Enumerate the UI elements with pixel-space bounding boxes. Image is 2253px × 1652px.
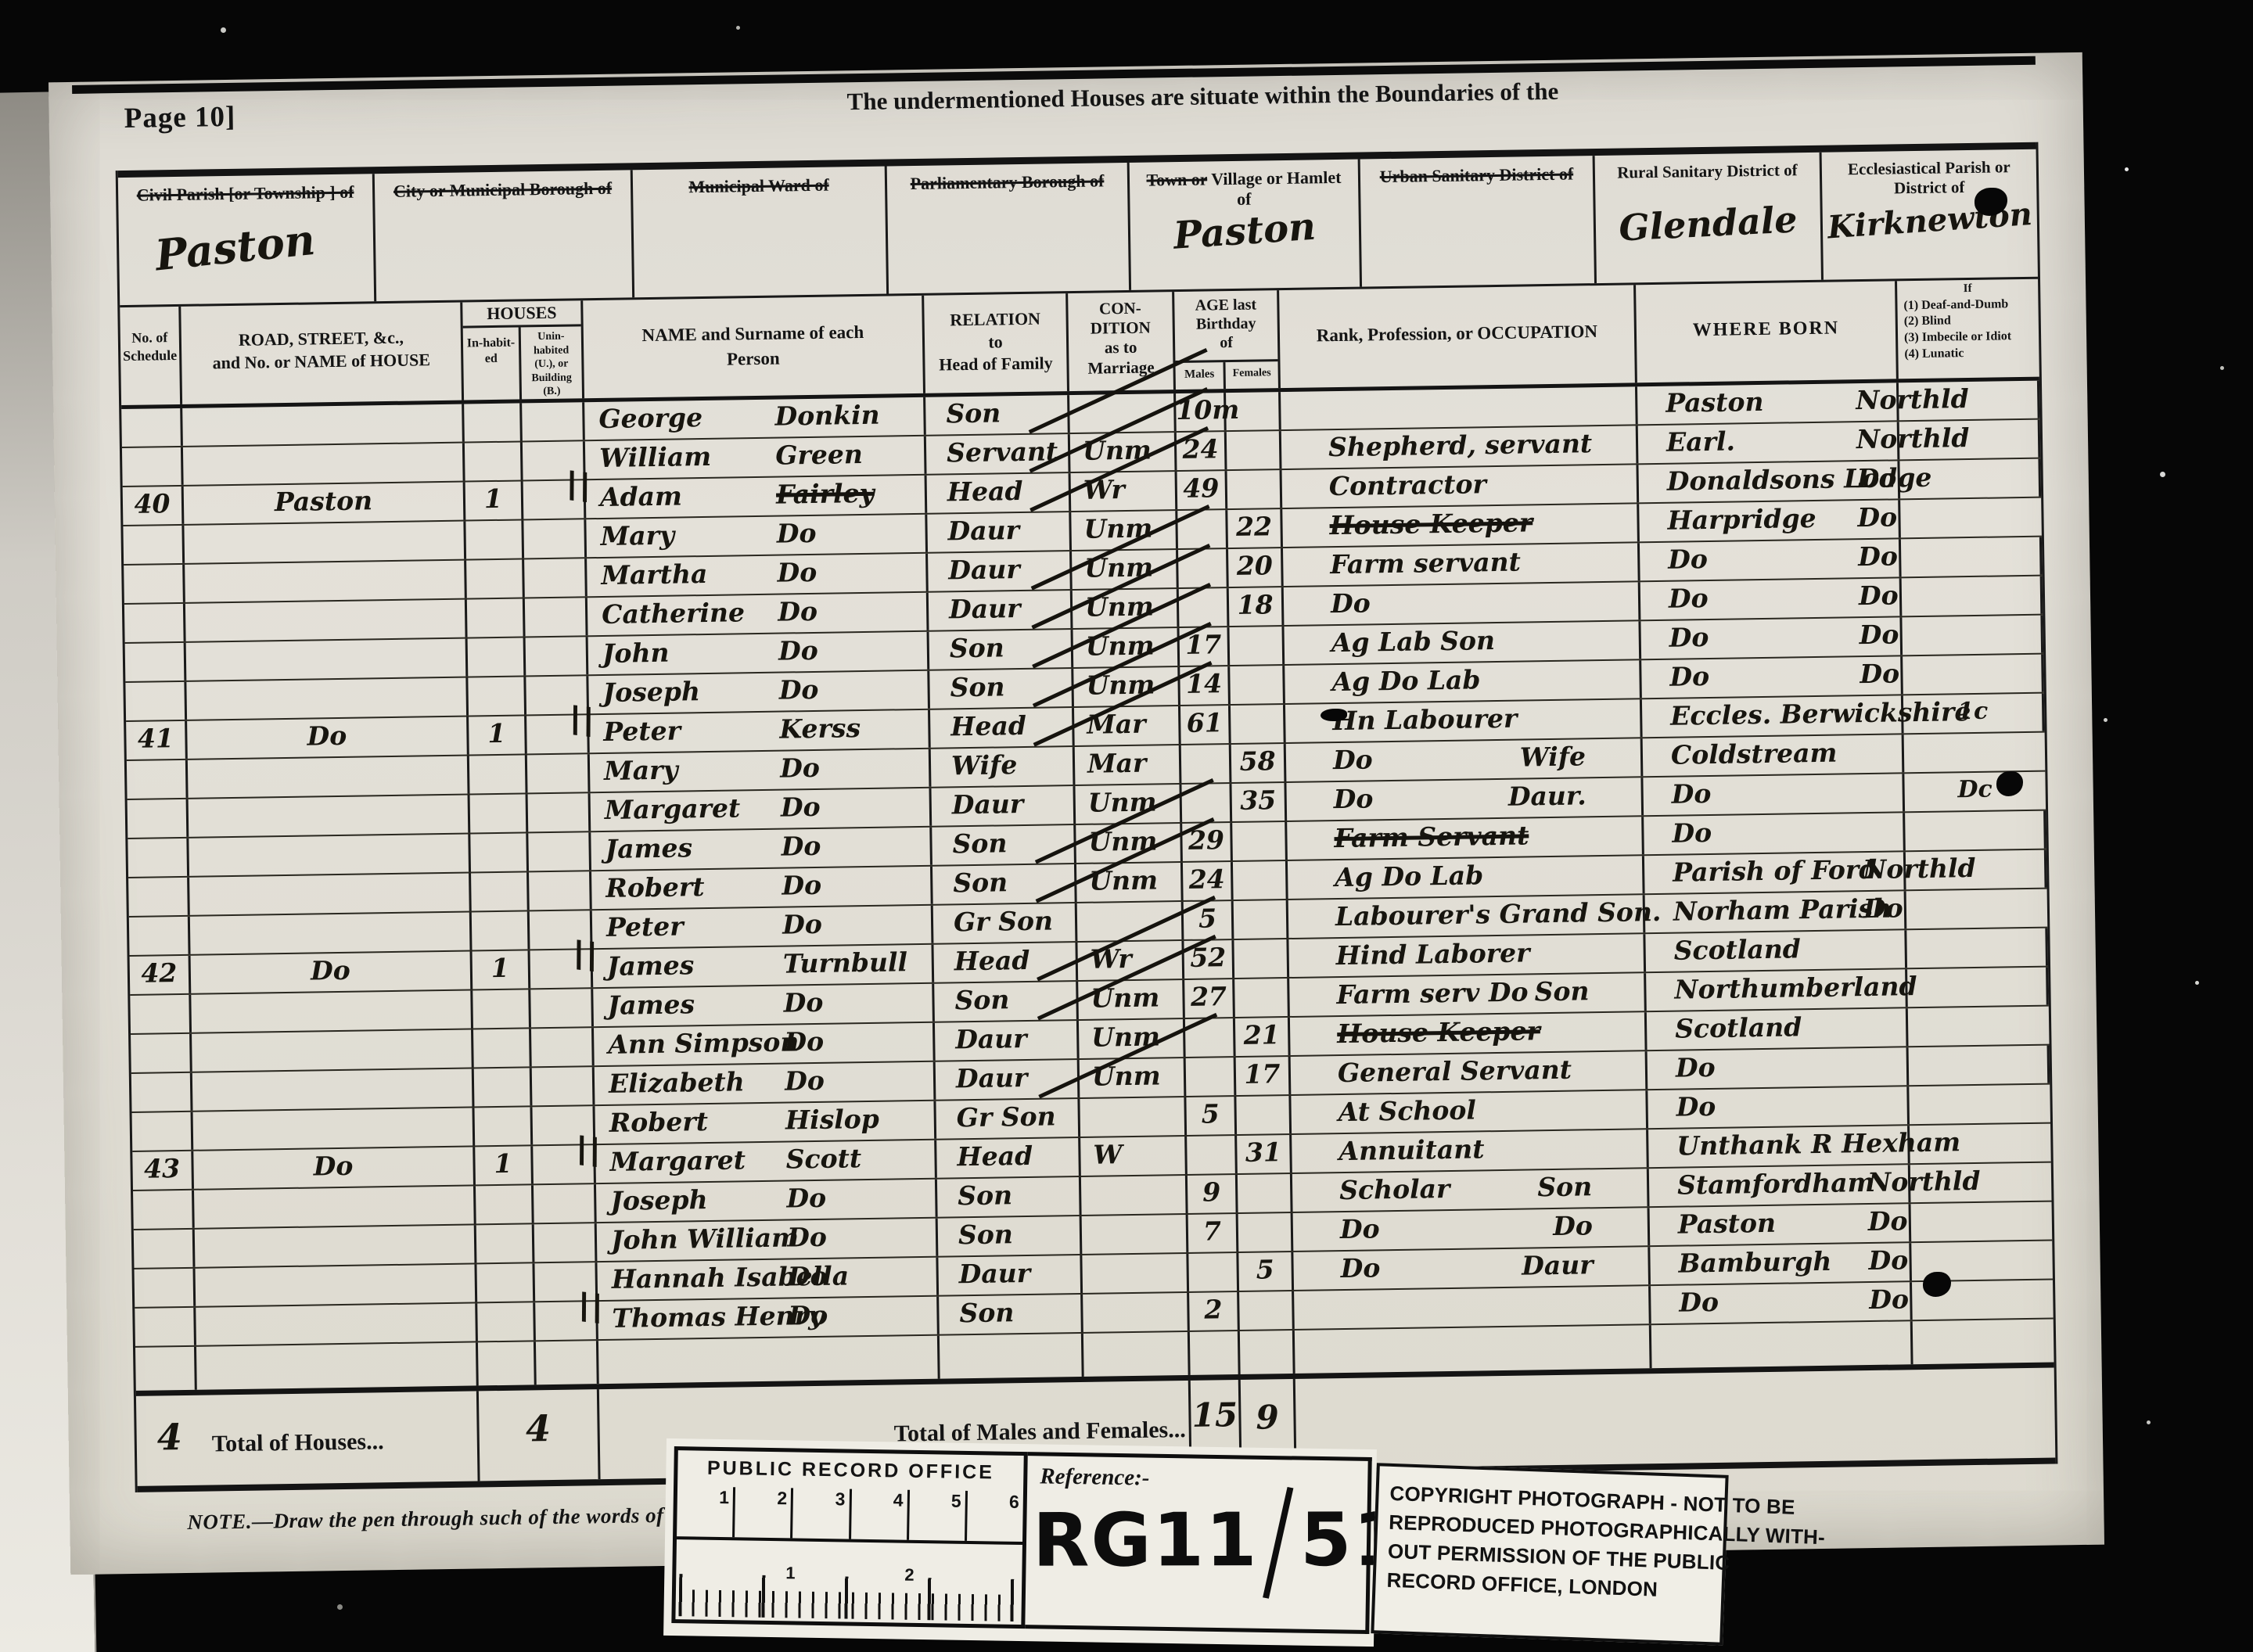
handwritten-parliamentary-borough xyxy=(888,211,1128,215)
birth-county-ditto xyxy=(1863,931,1890,957)
occupation-text: Contractor xyxy=(1329,467,1487,507)
first-name: John William xyxy=(611,1221,788,1261)
occupation-extra xyxy=(1585,700,1586,738)
disability-cell xyxy=(1911,1202,2053,1242)
name-cell: \\ Margaret Scott xyxy=(595,1140,937,1183)
header-text: of xyxy=(1175,332,1277,353)
occupation-cell: Do xyxy=(1284,582,1641,625)
birth-county-ditto: Do xyxy=(1859,618,1885,644)
field-rural-sanitary: Rural Sanitary District of Glendale xyxy=(1595,153,1824,283)
condition-cell: Wr xyxy=(1077,941,1184,980)
inhabited-cell xyxy=(472,911,530,950)
age-male-cell xyxy=(1181,784,1232,822)
reference-label: Reference:- xyxy=(1040,1463,1367,1495)
occupation-text: Annuitant xyxy=(1339,1132,1485,1172)
surname: Do xyxy=(778,673,818,711)
first-name: Margaret xyxy=(609,1143,786,1183)
total-houses-label: Total of Houses... xyxy=(212,1428,384,1457)
where-born-cell: Donaldsons Lodge Do xyxy=(1638,461,1900,502)
name-cell: James Do xyxy=(591,828,932,870)
header-text: No. of xyxy=(120,329,179,348)
first-name: William xyxy=(599,439,776,479)
handwritten-urban-sanitary xyxy=(1361,204,1594,207)
age-female-cell xyxy=(1231,705,1286,743)
disability-cell: Dc xyxy=(1904,772,2046,812)
struck-label-text: Parliamentary Borough of xyxy=(910,171,1104,193)
header-text: Birthday xyxy=(1175,314,1277,334)
disability-cell xyxy=(1902,616,2043,655)
inhabited-cell xyxy=(471,872,530,910)
birth-county-ditto: Do xyxy=(1868,1205,1895,1230)
census-photograph: Page 10] The undermentioned Houses are s… xyxy=(0,0,2253,1652)
age-female-cell xyxy=(1226,392,1281,430)
road-cell xyxy=(186,639,469,681)
occupation-extra xyxy=(1594,1287,1594,1324)
birthplace-text: Do xyxy=(1676,1090,1709,1119)
age-female-cell: 22 xyxy=(1227,509,1283,548)
surname: Turnbull xyxy=(783,945,908,984)
field-label: Civil Parish [or Township ] of xyxy=(118,180,372,207)
page-title: The undermentioned Houses are situate wi… xyxy=(792,77,1613,117)
birth-county-ditto: Do xyxy=(1860,657,1886,683)
age-male-cell: 27 xyxy=(1184,979,1235,1018)
birthplace-text: Earl. xyxy=(1666,425,1700,454)
occupation-cell: Do Daur. xyxy=(1286,778,1644,821)
header-occupation: Rank, Profession, or OCCUPATION xyxy=(1279,285,1637,388)
occupation-cell xyxy=(1294,1286,1651,1329)
birth-county-ditto xyxy=(1867,1126,1893,1152)
label-text: Rural Sanitary District of xyxy=(1617,160,1798,181)
age-male-cell xyxy=(1181,745,1232,783)
occupation-text: Ag Do Lab xyxy=(1335,858,1484,898)
where-born-cell: Scotland xyxy=(1647,1008,1909,1050)
age-female-cell xyxy=(1234,979,1290,1017)
occupation-cell: General Servant xyxy=(1291,1051,1648,1094)
where-born-cell: Parish of Ford Northld xyxy=(1644,852,1906,893)
disability-cell xyxy=(1899,381,2040,421)
relation-cell: Daur xyxy=(927,512,1072,552)
occupation-cell: Do Daur xyxy=(1293,1247,1651,1290)
occupation-extra xyxy=(1580,387,1581,425)
schedule-number-cell xyxy=(125,643,187,681)
name-cell: Robert Hislop xyxy=(595,1101,936,1144)
relation-cell: Daur xyxy=(936,1060,1080,1100)
name-cell: Hannah Isabella Do xyxy=(597,1258,939,1300)
header-females: Females xyxy=(1225,361,1277,389)
disability-cell xyxy=(1900,498,2042,538)
ink-blob xyxy=(1321,709,1347,721)
road-cell xyxy=(189,873,472,914)
header-text: and No. or NAME of HOUSE xyxy=(181,348,461,375)
occupation-extra: Daur xyxy=(1522,1248,1594,1286)
occupation-text: Farm Servant xyxy=(1334,818,1529,859)
surname: Do xyxy=(782,907,822,946)
occupation-extra xyxy=(1586,817,1587,855)
birth-county-ditto: Northld xyxy=(1856,422,1883,448)
label-text: Village or Hamlet of xyxy=(1207,167,1342,209)
where-born-cell: Do xyxy=(1644,813,1906,854)
empty-cell xyxy=(196,1342,479,1389)
header-text: as to xyxy=(1069,337,1173,358)
age-female-cell xyxy=(1233,861,1288,900)
relation-cell: Gr Son xyxy=(936,1099,1080,1139)
occupation-cell: Farm Servant xyxy=(1287,817,1644,860)
age-female-cell xyxy=(1230,666,1285,704)
header-text: (4) Lunatic xyxy=(1904,345,2032,363)
field-parliamentary-borough: Parliamentary Borough of xyxy=(887,163,1131,294)
header-text: (2) Blind xyxy=(1904,312,2032,330)
field-city-borough: City or Municipal Borough of xyxy=(375,170,634,301)
first-name: Margaret xyxy=(605,791,782,831)
first-name: James xyxy=(605,830,782,870)
road-cell xyxy=(196,1264,478,1305)
relation-cell: Son xyxy=(932,825,1076,865)
header-inhabited: In-habit-ed xyxy=(463,327,522,403)
inhabited-cell: 1 xyxy=(465,481,524,519)
road-cell xyxy=(190,912,473,953)
where-born-cell: Eccles. Berwickshire xyxy=(1642,695,1904,737)
name-cell: John William Do xyxy=(597,1219,939,1261)
name-cell: William Green xyxy=(585,436,927,479)
household-separator-mark: \\ xyxy=(567,701,598,738)
surname: Do xyxy=(781,829,821,867)
condition-cell: Unm xyxy=(1079,1019,1186,1058)
surname: Kerss xyxy=(779,711,861,750)
disability-cell: 1c xyxy=(1903,694,2045,734)
occupation-extra: Wife xyxy=(1519,739,1586,778)
age-male-cell xyxy=(1179,588,1230,627)
where-born-cell: Norham Parish Do xyxy=(1645,891,1907,932)
where-born-cell: Do xyxy=(1643,774,1905,815)
birth-county-ditto xyxy=(1860,696,1887,722)
occupation-extra xyxy=(1584,661,1585,699)
schedule-number-cell: 42 xyxy=(130,956,192,994)
surname: Do xyxy=(786,1181,826,1219)
occupation-extra xyxy=(1590,1052,1591,1090)
relation-cell: Head xyxy=(930,708,1075,748)
first-name: Robert xyxy=(605,869,782,909)
birth-county-ditto xyxy=(1866,1087,1892,1113)
inhabited-cell: 1 xyxy=(469,716,527,754)
age-male-cell: 5 xyxy=(1186,1097,1237,1135)
uninhabited-cell xyxy=(531,1028,595,1066)
header-disability: If (1) Deaf-and-Dumb (2) Blind (3) Imbec… xyxy=(1897,279,2039,379)
occupation-text: House Keeper xyxy=(1337,1014,1540,1054)
where-born-cell: Paston Do xyxy=(1650,1204,1912,1245)
first-name: Joseph xyxy=(602,673,779,713)
empty-cell xyxy=(478,1341,537,1385)
header-name: NAME and Surname of each Person xyxy=(583,296,925,398)
birth-county-ditto: Do xyxy=(1863,892,1890,918)
surname: Do xyxy=(780,751,820,789)
first-name: Mary xyxy=(600,517,777,557)
disability-cell xyxy=(1907,968,2049,1007)
relation-cell: Daur xyxy=(928,551,1073,591)
census-sheet: Page 10] The undermentioned Houses are s… xyxy=(49,52,2104,1575)
relation-cell: Head xyxy=(936,1138,1081,1178)
occupation-text: Labourer's Grand Son. xyxy=(1335,895,1662,937)
schedule-number-cell xyxy=(128,878,190,916)
uninhabited-cell xyxy=(526,637,589,675)
uninhabited-cell xyxy=(532,1067,595,1105)
condition-cell: Unm xyxy=(1071,511,1178,550)
ruler-number: 5 xyxy=(909,1490,968,1541)
reference-class: RG11 xyxy=(1033,1498,1259,1584)
relation-cell: Daur xyxy=(929,591,1073,630)
field-label: Parliamentary Borough of xyxy=(887,169,1127,196)
header-text: Schedule xyxy=(120,347,179,366)
birthplace-text: Paston xyxy=(1665,386,1699,415)
ruler-number: 6 xyxy=(967,1491,1023,1542)
name-cell: Ann Simpson Do xyxy=(594,1023,936,1065)
condition-cell: Unm xyxy=(1080,1058,1187,1097)
schedule-number-cell xyxy=(124,565,185,603)
field-town-village: Town or Village or Hamlet of Paston xyxy=(1130,160,1362,290)
schedule-number-cell xyxy=(124,604,186,642)
schedule-number-cell xyxy=(123,526,185,564)
age-female-cell xyxy=(1236,1096,1292,1134)
condition-cell: W xyxy=(1080,1137,1188,1176)
birthplace-text: Scotland xyxy=(1675,1011,1709,1040)
occupation-text: Scholar xyxy=(1339,1172,1450,1211)
header-text: If xyxy=(1903,281,2032,298)
empty-cell xyxy=(1651,1321,1913,1368)
first-name: Robert xyxy=(609,1104,785,1144)
uninhabited-cell xyxy=(534,1184,597,1223)
age-female-cell: 21 xyxy=(1235,1018,1291,1056)
occupation-cell: House Keeper xyxy=(1282,504,1640,547)
schedule-number-cell xyxy=(129,917,191,955)
first-name: Hannah Isabella xyxy=(611,1260,788,1300)
occupation-extra xyxy=(1590,1091,1591,1129)
age-female-cell xyxy=(1234,939,1289,978)
birth-county-ditto xyxy=(1864,970,1891,996)
surname: Scott xyxy=(785,1141,861,1180)
road-cell xyxy=(192,1029,474,1071)
handwritten-schedule-total: 4 xyxy=(156,1416,182,1458)
disability-cell xyxy=(1906,889,2048,929)
occupation-extra xyxy=(1583,544,1583,581)
occupation-extra xyxy=(1588,935,1589,972)
road-cell xyxy=(195,1225,477,1266)
birthplace-text: Do xyxy=(1676,1050,1709,1079)
occupation-text: House Keeper xyxy=(1329,505,1533,546)
condition-cell: Unm xyxy=(1075,785,1182,824)
age-female-cell xyxy=(1239,1291,1295,1330)
birth-county-ditto: Do xyxy=(1858,540,1885,566)
occupation-extra: Son xyxy=(1537,1169,1593,1208)
struck-label-text: Civil Parish [or Township ] of xyxy=(137,182,354,205)
disability-cell xyxy=(1909,1085,2050,1125)
first-name: James xyxy=(607,947,784,987)
first-name: Thomas Henry xyxy=(612,1299,789,1339)
header-houses: HOUSES In-habit-ed Unin-habited (U.), or… xyxy=(462,300,584,400)
where-born-cell: Coldstream xyxy=(1643,734,1905,776)
disability-cell xyxy=(1906,850,2047,890)
relation-cell: Son xyxy=(932,864,1077,904)
occupation-cell: Ag Lab Son xyxy=(1284,621,1641,664)
disability-cell xyxy=(1902,576,2043,616)
occupation-cell: Labourer's Grand Son. xyxy=(1288,895,1646,938)
inhabited-cell xyxy=(468,637,526,676)
where-born-cell: Earl. Northld xyxy=(1638,422,1900,463)
age-female-cell: 35 xyxy=(1231,783,1287,821)
surname: Do xyxy=(777,555,817,594)
where-born-cell: Do Do xyxy=(1641,656,1903,698)
occupation-cell xyxy=(1281,386,1638,429)
condition-cell: Unm xyxy=(1070,433,1177,472)
age-female-cell: 18 xyxy=(1229,587,1285,626)
first-name: Peter xyxy=(606,908,783,948)
birthplace-text: Coldstream xyxy=(1671,738,1705,767)
age-male-cell: 7 xyxy=(1188,1214,1239,1252)
disability-cell xyxy=(1908,1007,2050,1047)
name-cell: Catherine Do xyxy=(588,593,929,635)
inhabited-cell: 1 xyxy=(475,1146,534,1184)
header-uninhabited: Unin-habited (U.), or Building (B.) xyxy=(521,326,582,402)
surname: Do xyxy=(787,1220,827,1259)
occupation-extra xyxy=(1581,465,1582,503)
age-male-cell: 17 xyxy=(1179,627,1230,666)
census-entries: George Donkin Son 10m Paston Northld Wil… xyxy=(121,381,2054,1348)
birth-county-ditto xyxy=(1862,813,1888,839)
uninhabited-cell xyxy=(523,519,587,558)
relation-cell: Servant xyxy=(926,434,1071,474)
name-cell: Robert Do xyxy=(591,867,933,909)
condition-cell: Unm xyxy=(1076,824,1183,863)
page-number: Page 10] xyxy=(124,100,235,135)
empty-cell xyxy=(536,1341,599,1384)
road-cell xyxy=(183,444,465,485)
handwritten-houses-total: 4 xyxy=(479,1389,601,1481)
header-text: (3) Imbecile or Idiot xyxy=(1904,329,2032,347)
occupation-extra xyxy=(1591,1130,1592,1168)
road-cell xyxy=(185,600,468,641)
condition-cell: Mar xyxy=(1074,706,1181,745)
ruler-number: 4 xyxy=(851,1489,910,1540)
ruler-inch-scale: 1 2 xyxy=(675,1564,1022,1621)
age-male-cell xyxy=(1177,510,1228,548)
age-male-cell: 14 xyxy=(1180,666,1231,705)
age-female-cell: 31 xyxy=(1237,1135,1292,1173)
name-cell: John Do xyxy=(588,632,930,674)
disability-cell xyxy=(1910,1124,2051,1164)
occupation-extra xyxy=(1587,857,1588,894)
ruler-number: 1 xyxy=(677,1486,735,1537)
birthplace-text: Harpridge xyxy=(1667,503,1701,532)
relation-cell: Son xyxy=(934,982,1079,1022)
pro-ruler-box: PUBLIC RECORD OFFICE 1 2 3 4 5 6 1 2 xyxy=(671,1446,1027,1629)
age-male-cell: 9 xyxy=(1188,1175,1238,1213)
ruler-number: 3 xyxy=(792,1488,851,1539)
first-name: Martha xyxy=(601,556,778,596)
age-male-cell xyxy=(1185,1018,1236,1057)
surname: Do xyxy=(776,516,816,555)
uninhabited-cell xyxy=(534,1223,598,1262)
uninhabited-cell xyxy=(529,871,592,910)
age-female-cell: 58 xyxy=(1231,744,1287,782)
birth-county-ditto: Do xyxy=(1869,1283,1895,1309)
empty-cell xyxy=(135,1347,197,1391)
inhabited-cell xyxy=(473,989,531,1028)
road-cell xyxy=(194,1186,476,1227)
occupation-text: Hn Labourer xyxy=(1332,702,1518,742)
occupation-extra xyxy=(1582,505,1583,542)
inhabited-cell xyxy=(465,520,524,558)
schedule-number-cell xyxy=(125,682,187,720)
header-text: Marriage xyxy=(1069,357,1173,379)
age-male-cell: 52 xyxy=(1184,940,1234,979)
uninhabited-cell xyxy=(524,558,588,597)
age-female-cell xyxy=(1227,470,1283,508)
occupation-text: Do xyxy=(1333,781,1373,820)
occupation-text: Ag Do Lab xyxy=(1331,663,1481,702)
name-cell: James Do xyxy=(593,984,935,1026)
where-born-cell: Do xyxy=(1648,1047,1910,1089)
disability-cell xyxy=(1910,1163,2052,1203)
schedule-number-cell xyxy=(131,1034,192,1072)
birth-county-ditto: Northld xyxy=(1856,383,1882,409)
field-ecclesiastical-parish: Ecclesiastical Parish or District of Kir… xyxy=(1822,149,2038,280)
relation-cell: Daur xyxy=(932,786,1076,826)
name-cell: \\ Peter Kerss xyxy=(589,710,931,752)
age-female-cell xyxy=(1227,431,1282,469)
uninhabited-cell xyxy=(522,402,585,440)
occupation-extra: Daur. xyxy=(1508,778,1587,817)
inhabited-cell xyxy=(476,1185,534,1223)
ruler-ticks-fine xyxy=(678,1589,1018,1621)
inhabited-cell xyxy=(467,598,526,637)
birth-county-ditto xyxy=(1861,774,1888,800)
empty-cell xyxy=(1913,1320,2054,1365)
name-cell: Mary Do xyxy=(590,749,932,792)
occupation-text xyxy=(1341,1291,1342,1328)
condition-cell: Unm xyxy=(1073,667,1180,706)
totals-empty-cell xyxy=(1295,1368,2056,1469)
uninhabited-cell xyxy=(528,793,591,831)
schedule-number-cell xyxy=(128,799,189,838)
condition-cell xyxy=(1069,393,1177,433)
relation-cell: Son xyxy=(939,1295,1083,1334)
occupation-cell: Annuitant xyxy=(1292,1129,1649,1173)
road-cell xyxy=(193,1108,476,1149)
relation-cell: Daur xyxy=(935,1021,1080,1061)
age-male-cell: 61 xyxy=(1180,706,1231,744)
relation-cell: Wife xyxy=(931,747,1076,787)
condition-cell xyxy=(1083,1293,1190,1332)
uninhabited-cell xyxy=(528,832,591,871)
struck-label-text: Town or xyxy=(1146,169,1207,189)
surname: Do xyxy=(782,868,821,907)
birth-county-ditto: Do xyxy=(1856,461,1883,487)
condition-cell: Unm xyxy=(1073,589,1180,628)
schedule-number-cell xyxy=(122,447,184,486)
condition-cell xyxy=(1077,902,1184,941)
road-cell: Paston xyxy=(184,483,466,524)
road-cell xyxy=(189,795,471,837)
ruler-number: 2 xyxy=(735,1487,793,1538)
occupation-cell: Do Do xyxy=(1293,1208,1651,1251)
disability-cell xyxy=(1905,811,2046,851)
header-road: ROAD, STREET, &c., and No. or NAME of HO… xyxy=(181,303,464,404)
inhabited-cell xyxy=(477,1302,536,1341)
where-born-cell: Do Do xyxy=(1640,578,1903,619)
name-cell: Joseph Do xyxy=(596,1180,938,1222)
condition-cell xyxy=(1080,1097,1187,1137)
struck-label-text: Municipal Ward of xyxy=(688,175,829,197)
occupation-text: Shepherd, servant xyxy=(1328,426,1593,468)
uninhabited-cell xyxy=(530,989,594,1027)
